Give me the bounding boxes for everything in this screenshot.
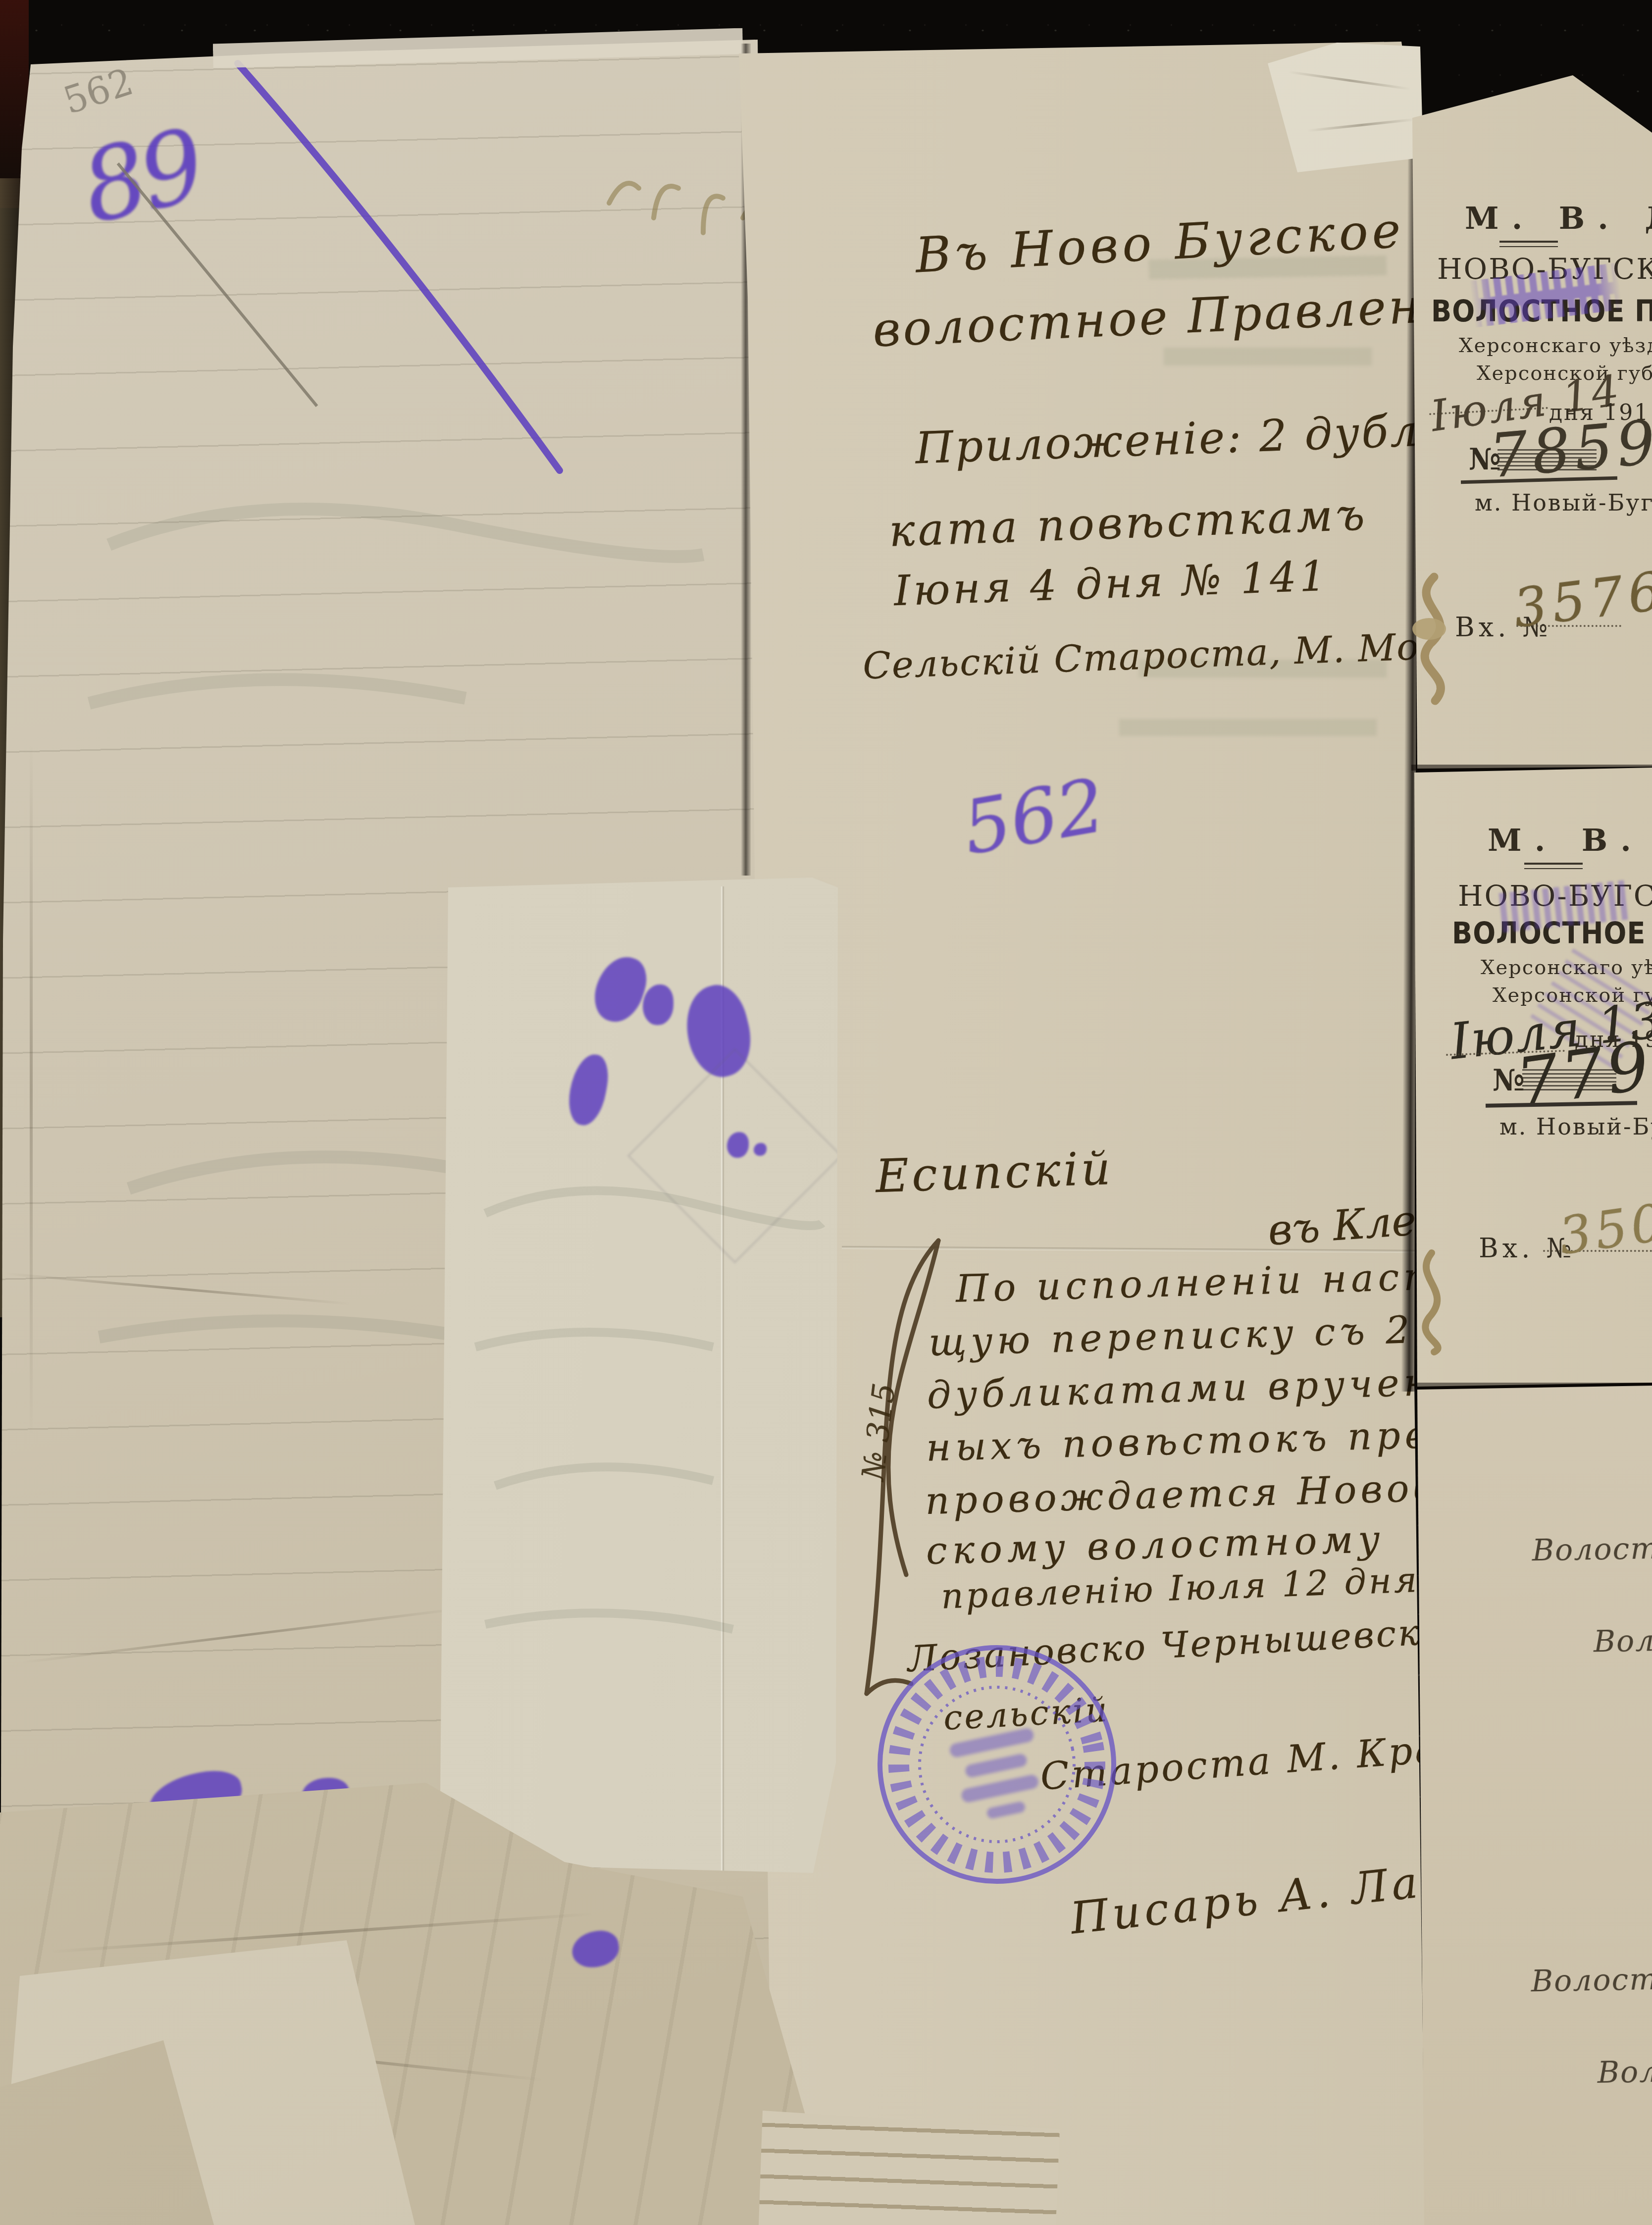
violet-center-number: 562 xyxy=(958,768,1110,866)
letterhead-rule-2 xyxy=(1524,863,1583,869)
report-line-6: скому волостному xyxy=(926,1520,1385,1570)
place-line: м. Новый-Бугъ. xyxy=(1475,491,1652,514)
report-line-3: дубликатами вручен- xyxy=(927,1363,1450,1414)
cover-note-line-2: волостное Правленіе xyxy=(872,280,1471,354)
incoming-number: 3576 xyxy=(1511,565,1652,635)
letterhead-ministry: М. В. Д. xyxy=(1465,203,1652,234)
strip-ghost-writing xyxy=(456,1139,832,1783)
right-fragment-4: Волос xyxy=(1597,2056,1652,2087)
signature-line-4: Писарь А. Лан xyxy=(1069,1857,1456,1941)
place-line-2: м. Новый-Бугъ. xyxy=(1499,1115,1652,1138)
right-fragment-3: Волостной xyxy=(1531,1964,1652,1997)
bleedthrough-bar xyxy=(1119,719,1377,736)
right-fragment-2: Воло xyxy=(1593,1626,1652,1657)
violet-blot xyxy=(643,984,673,1025)
violet-smudge xyxy=(569,1928,621,1970)
crease xyxy=(1288,71,1411,91)
number-handwritten: 7859 xyxy=(1487,412,1652,486)
violet-blot xyxy=(587,950,653,1029)
letterhead-rule xyxy=(1499,241,1558,247)
letterhead-uezd: Херсонскаго уѣзда xyxy=(1459,336,1652,356)
cover-note-line-4: ката повѣсткамъ xyxy=(888,493,1368,553)
binding-thread-2 xyxy=(1404,1248,1464,1357)
right-fragment-1: Волостное xyxy=(1532,1533,1652,1566)
violet-blot xyxy=(565,1051,612,1128)
archival-scan: 562 89 xyxy=(0,0,1652,2225)
letterhead-ministry-2: М. В. Д. xyxy=(1488,825,1652,856)
incoming-number-2: 3500 xyxy=(1556,1192,1652,1263)
round-seal-stamp xyxy=(847,1615,1147,1915)
binding-thread xyxy=(1399,569,1474,708)
crease xyxy=(30,743,33,1436)
report-heading: Есипскій xyxy=(875,1146,1114,1200)
bleedthrough-bar xyxy=(1164,348,1372,365)
report-line-4: ныхъ повѣстокъ пре- xyxy=(926,1415,1449,1467)
crease xyxy=(1307,118,1416,132)
cover-note-line-3: Приложеніе: 2 дубли- xyxy=(915,408,1467,470)
cover-note-line-5: Іюня 4 дня № 141 xyxy=(893,555,1330,612)
